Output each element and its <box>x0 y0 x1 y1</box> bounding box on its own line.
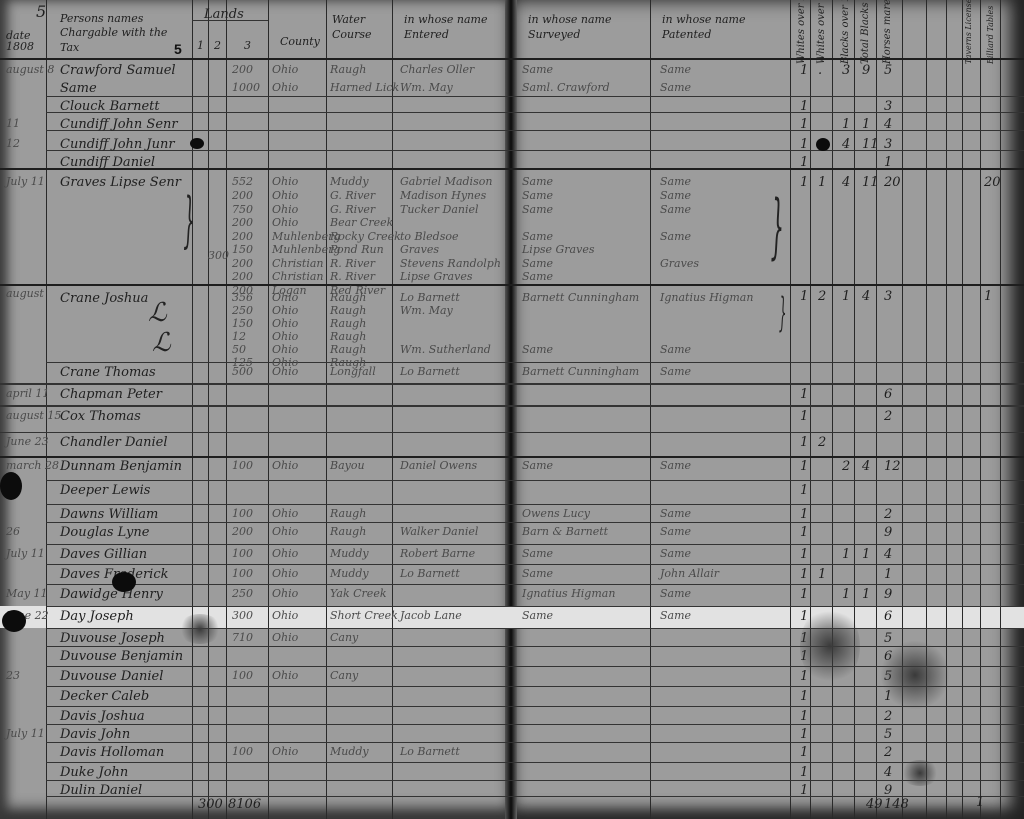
row-horses: 3 <box>884 100 892 113</box>
row-rule <box>46 362 1024 363</box>
row-patented: Same <box>660 588 691 599</box>
graves-entered: Stevens Randolph <box>400 258 501 269</box>
brace-mark: } <box>183 185 194 255</box>
crane-w16: 2 <box>818 290 826 303</box>
row-water-course: Cany <box>330 632 358 643</box>
row-rule <box>46 522 1024 523</box>
row-county: Ohio <box>272 632 298 643</box>
header-entered: in whose name Entered <box>404 12 494 43</box>
row-patented: John Allair <box>660 568 719 579</box>
right-page <box>514 0 1024 819</box>
row-water-course: Raugh <box>330 526 366 537</box>
row-blacks-16: 4 <box>842 176 850 189</box>
graves-water: R. River <box>330 258 375 269</box>
row-name: Dawns William <box>60 508 158 521</box>
row-surveyed: Same <box>522 548 553 559</box>
total-blacks: 49 <box>866 798 883 811</box>
header-lands: Lands <box>204 8 244 21</box>
row-date: 23 <box>6 670 20 681</box>
brace-mark: } <box>771 185 784 267</box>
row-horses: 3 <box>884 138 892 151</box>
row-water-course: Cany <box>330 670 358 681</box>
crane-acres: 250 <box>232 305 253 316</box>
row-name: Cundiff John Junr <box>60 138 175 151</box>
row-whites-16: 2 <box>818 436 826 449</box>
crane-acres: 356 <box>232 292 253 303</box>
total-rate3: 8106 <box>228 798 261 811</box>
row-entered: Gabriel Madison <box>400 176 492 187</box>
row-patented: Same <box>660 460 691 471</box>
row-acres: 552 <box>232 176 253 187</box>
row-rule <box>46 480 1024 481</box>
row-whites-21: 1 <box>800 436 808 449</box>
row-rule <box>46 96 1024 97</box>
row-entered: Charles Oller <box>400 64 474 75</box>
row-whites-16: . <box>818 64 822 77</box>
graves-water: R. River <box>330 271 375 282</box>
row-whites-21: 1 <box>800 766 808 779</box>
row-acres: 100 <box>232 568 253 579</box>
crane-county: Ohio <box>272 292 298 303</box>
row-rule <box>46 646 1024 647</box>
row-rule <box>46 544 1024 545</box>
row-name: Decker Caleb <box>60 690 149 703</box>
column-rule <box>832 0 833 819</box>
row-county: Ohio <box>272 366 298 377</box>
row-whites-21: 1 <box>800 388 808 401</box>
crane-county: Ohio <box>272 331 298 342</box>
graves-county: Christian <box>272 271 324 282</box>
row-county: Ohio <box>272 64 298 75</box>
row-entered: Jacob Lane <box>400 610 462 621</box>
row-patented: Same <box>660 508 691 519</box>
row-entered: Robert Barne <box>400 548 475 559</box>
crane-surveyed: Same <box>522 344 553 355</box>
row-water-course: Short Creek <box>330 610 398 621</box>
row-total-blacks: 1 <box>862 548 870 561</box>
column-rule <box>810 0 811 819</box>
row-horses: 1 <box>884 568 892 581</box>
crane-water: Raugh <box>330 344 366 355</box>
row-whites-21: 1 <box>800 176 808 189</box>
row-date: 26 <box>6 526 20 537</box>
row-surveyed: Owens Lucy <box>522 508 590 519</box>
graves-county: Ohio <box>272 217 298 228</box>
crane-date: august <box>6 288 44 299</box>
row-name: Daves Gillian <box>60 548 147 561</box>
row-entered: Walker Daniel <box>400 526 478 537</box>
row-acres: 100 <box>232 460 253 471</box>
row-whites-16: 1 <box>818 568 826 581</box>
row-county: Ohio <box>272 82 298 93</box>
row-water-course: Raugh <box>330 64 366 75</box>
ink-blot <box>0 472 22 500</box>
row-horses: 20 <box>884 176 901 189</box>
column-rule <box>650 0 651 819</box>
row-horses: 2 <box>884 710 892 723</box>
row-water-course: Muddy <box>330 548 369 559</box>
total-horses: 148 <box>884 798 909 811</box>
row-horses: 9 <box>884 784 892 797</box>
row-whites-21: 1 <box>800 484 808 497</box>
row-rule <box>0 284 1024 286</box>
row-horses: 6 <box>884 610 892 623</box>
graves-entered: Lipse Graves <box>400 271 473 282</box>
row-entered: Lo Barnett <box>400 746 460 757</box>
row-date: march 28 <box>6 460 59 471</box>
graves-surveyed: Same <box>522 258 553 269</box>
row-surveyed: Same <box>522 64 553 75</box>
row-horses: 12 <box>884 460 901 473</box>
row-county: Ohio <box>272 526 298 537</box>
crane-surveyed: Barnett Cunningham <box>522 292 639 303</box>
graves-acres: 200 <box>232 258 253 269</box>
row-county: Ohio <box>272 176 298 187</box>
row-patented: Same <box>660 526 691 537</box>
row-surveyed: Same <box>522 568 553 579</box>
row-surveyed: Barn & Barnett <box>522 526 608 537</box>
header-billiards: Billiard Tables <box>986 6 995 64</box>
total-rate2: 300 <box>198 798 223 811</box>
row-water-course: Muddy <box>330 176 369 187</box>
crane-w21: 1 <box>800 290 808 303</box>
header-surveyed: in whose name Surveyed <box>528 12 648 43</box>
row-acres: 100 <box>232 548 253 559</box>
row-name: Davis John <box>60 728 130 741</box>
crane-water: Raugh <box>330 305 366 316</box>
row-date: 11 <box>6 118 20 129</box>
row-horses: 9 <box>884 588 892 601</box>
row-surveyed: Same <box>522 176 553 187</box>
row-rule <box>46 724 1024 725</box>
graves-county: Christian <box>272 258 324 269</box>
crane-water: Raugh <box>330 292 366 303</box>
row-rule <box>0 456 1024 458</box>
row-acres: 710 <box>232 632 253 643</box>
row-county: Ohio <box>272 588 298 599</box>
row-county: Ohio <box>272 746 298 757</box>
row-entered: Daniel Owens <box>400 460 477 471</box>
column-rule <box>392 0 393 819</box>
column-rule <box>192 0 193 819</box>
row-whites-21: 1 <box>800 156 808 169</box>
row-county: Ohio <box>272 508 298 519</box>
header-rate-3: 3 <box>244 40 251 51</box>
row-name: Day Joseph <box>60 610 134 623</box>
row-acres: 300 <box>232 610 253 621</box>
row-rule <box>46 606 1024 607</box>
row-whites-21: 1 <box>800 526 808 539</box>
crane-county: Ohio <box>272 344 298 355</box>
crane-water: Raugh <box>330 331 366 342</box>
graves-patented: Graves <box>660 258 699 269</box>
total-extra: 1 <box>976 796 984 809</box>
row-whites-21: 1 <box>800 784 808 797</box>
row-rule <box>46 504 1024 505</box>
graves-acres: 150 <box>232 244 253 255</box>
row-blacks-16: 1 <box>842 548 850 561</box>
brace-mark: } <box>779 290 787 336</box>
row-county: Ohio <box>272 548 298 559</box>
header-water-course: Water Course <box>332 12 387 43</box>
row-surveyed: Barnett Cunningham <box>522 366 639 377</box>
crane-water: Raugh <box>330 318 366 329</box>
row-name: Duvouse Daniel <box>60 670 163 683</box>
row-blacks-16: 2 <box>842 460 850 473</box>
row-whites-21: 1 <box>800 710 808 723</box>
graves-surveyed: Same <box>522 271 553 282</box>
row-rule <box>0 405 1024 406</box>
crane-entered: Wm. Sutherland <box>400 344 491 355</box>
row-name: Dunnam Benjamin <box>60 460 182 473</box>
row-name: Duvouse Joseph <box>60 632 165 645</box>
row-blacks-16: 3 <box>842 64 850 77</box>
row-horses: 5 <box>884 632 892 645</box>
row-whites-16: 1 <box>818 176 826 189</box>
row-date: april 11 <box>6 388 49 399</box>
row-name: Davis Joshua <box>60 710 145 723</box>
row-surveyed: Saml. Crawford <box>522 82 610 93</box>
stain <box>800 606 860 686</box>
graves-acres: 750 <box>232 204 253 215</box>
crane-horses: 3 <box>884 290 892 303</box>
crane-patented: Ignatius Higman <box>660 292 753 303</box>
row-rule <box>46 130 1024 131</box>
header-taverns: Taverns Licenses <box>964 0 973 64</box>
row-blacks-16: 4 <box>842 138 850 151</box>
row-entered: Wm. May <box>400 82 453 93</box>
ink-blot <box>190 138 204 149</box>
row-county: Ohio <box>272 460 298 471</box>
graves-surveyed: Same <box>522 231 553 242</box>
row-county: Ohio <box>272 670 298 681</box>
graves-acres: 200 <box>232 217 253 228</box>
brace-mark: ℒ <box>148 298 167 328</box>
row-surveyed: Same <box>522 610 553 621</box>
row-rule <box>46 762 1024 763</box>
graves-water: Bear Creek <box>330 217 393 228</box>
row-date: august 15 <box>6 410 61 421</box>
header-horses: Horses mares &c <box>882 0 893 64</box>
row-horses: 4 <box>884 118 892 131</box>
row-water-course: Longfall <box>330 366 376 377</box>
row-water-course: Muddy <box>330 568 369 579</box>
stain <box>900 760 940 786</box>
graves-surveyed: Lipse Graves <box>522 244 595 255</box>
row-whites-21: 1 <box>800 410 808 423</box>
row-date: May 11 <box>6 588 48 599</box>
row-whites-21: 1 <box>800 728 808 741</box>
row-name: Cundiff Daniel <box>60 156 155 169</box>
crane-entered: Lo Barnett <box>400 292 460 303</box>
brace-mark: ℒ <box>152 328 171 358</box>
graves-water: G. River <box>330 190 375 201</box>
row-name: Chandler Daniel <box>60 436 168 449</box>
row-water-course: Bayou <box>330 460 365 471</box>
graves-entered: Tucker Daniel <box>400 204 479 215</box>
row-name: Crane Thomas <box>60 366 156 379</box>
graves-entered: Madison Hynes <box>400 190 486 201</box>
row-total-blacks: 1 <box>862 118 870 131</box>
row-whites-21: 1 <box>800 118 808 131</box>
column-rule <box>1000 0 1001 819</box>
column-rule <box>946 0 947 819</box>
row-water-course: Raugh <box>330 508 366 519</box>
book-gutter <box>505 0 517 819</box>
row-extra: 20 <box>984 176 1001 189</box>
header-rate-1: 1 <box>197 40 204 51</box>
graves-patented: Same <box>660 190 691 201</box>
graves-patented: Same <box>660 231 691 242</box>
header-county: County <box>280 36 320 47</box>
graves-surveyed: Same <box>522 204 553 215</box>
graves-county: Ohio <box>272 204 298 215</box>
row-name: Chapman Peter <box>60 388 162 401</box>
row-acres: 250 <box>232 588 253 599</box>
row-rule <box>46 564 1024 565</box>
row-rule <box>46 584 1024 585</box>
header-whites-21: Whites over 21 <box>796 0 807 64</box>
ink-blot <box>2 610 26 632</box>
row-acres: 500 <box>232 366 253 377</box>
row-rule <box>46 666 1024 667</box>
row-county: Ohio <box>272 610 298 621</box>
row-acres: 200 <box>232 64 253 75</box>
row-whites-21: 1 <box>800 100 808 113</box>
row-water-course: Muddy <box>330 746 369 757</box>
row-water-course: Harned Lick <box>330 82 399 93</box>
row-county: Ohio <box>272 568 298 579</box>
row-whites-21: 1 <box>800 508 808 521</box>
column-rule <box>854 0 855 819</box>
row-name: Duvouse Benjamin <box>60 650 183 663</box>
row-surveyed: Ignatius Higman <box>522 588 615 599</box>
row-name: Dulin Daniel <box>60 784 142 797</box>
row-patented: Same <box>660 64 691 75</box>
row-horses: 4 <box>884 766 892 779</box>
row-total-blacks: 9 <box>862 64 870 77</box>
row-horses: 5 <box>884 64 892 77</box>
column-rule <box>326 0 327 819</box>
row-whites-21: 1 <box>800 568 808 581</box>
graves-acres: 200 <box>232 231 253 242</box>
row-rule <box>0 406 1024 407</box>
row-name: Cox Thomas <box>60 410 141 423</box>
graves-rate2: 300 <box>208 250 229 261</box>
crane-name: Crane Joshua <box>60 292 148 305</box>
row-total-blacks: 11 <box>862 176 879 189</box>
row-horses: 4 <box>884 548 892 561</box>
row-date: august 8 <box>6 64 54 75</box>
row-date: July 11 <box>6 176 45 187</box>
crane-acres: 150 <box>232 318 253 329</box>
header-whites-16: Whites over 16 <box>816 0 827 64</box>
crane-acres: 12 <box>232 331 246 342</box>
row-name: Same <box>60 82 97 95</box>
page-number-handwritten: 5 <box>36 4 46 20</box>
row-patented: Same <box>660 82 691 93</box>
row-horses: 2 <box>884 410 892 423</box>
column-rule <box>876 0 877 819</box>
crane-county: Ohio <box>272 305 298 316</box>
header-patented: in whose name Patented <box>662 12 782 43</box>
row-date: June 23 <box>6 436 49 447</box>
row-patented: Same <box>660 176 691 187</box>
row-blacks-16: 1 <box>842 588 850 601</box>
row-acres: 100 <box>232 746 253 757</box>
highlighted-row-band <box>0 606 1024 628</box>
row-rule <box>46 686 1024 687</box>
row-whites-21: 1 <box>800 138 808 151</box>
row-whites-21: 1 <box>800 746 808 759</box>
row-whites-21: 1 <box>800 690 808 703</box>
row-rule <box>46 780 1024 781</box>
row-date: July 11 <box>6 548 45 559</box>
header-blacks-16: Blacks over 16 <box>840 0 851 64</box>
row-name: Dawidge Henry <box>60 588 163 601</box>
crane-patented: Same <box>660 344 691 355</box>
column-rule <box>962 0 963 819</box>
crane-b16: 1 <box>842 290 850 303</box>
row-surveyed: Same <box>522 460 553 471</box>
row-date: 12 <box>6 138 20 149</box>
graves-water: G. River <box>330 204 375 215</box>
row-entered: Lo Barnett <box>400 366 460 377</box>
row-whites-21: 1 <box>800 548 808 561</box>
graves-county: Ohio <box>272 190 298 201</box>
row-horses: 2 <box>884 746 892 759</box>
crane-tb: 4 <box>862 290 870 303</box>
row-whites-21: 1 <box>800 64 808 77</box>
row-patented: Same <box>660 610 691 621</box>
stain <box>880 640 950 710</box>
row-rule <box>46 112 1024 113</box>
row-name: Crawford Samuel <box>60 64 176 77</box>
row-water-course: Yak Creek <box>330 588 387 599</box>
ink-blot <box>816 138 830 151</box>
row-whites-21: 1 <box>800 588 808 601</box>
row-horses: 6 <box>884 388 892 401</box>
column-rule <box>208 0 209 819</box>
row-patented: Same <box>660 548 691 559</box>
graves-acres: 200 <box>232 271 253 282</box>
row-name: Duke John <box>60 766 128 779</box>
header-total-blacks: Total Blacks <box>860 2 871 64</box>
row-name: Cundiff John Senr <box>60 118 178 131</box>
row-acres: 100 <box>232 670 253 681</box>
row-acres: 200 <box>232 526 253 537</box>
row-name: Graves Lipse Senr <box>60 176 181 189</box>
header-persons: Persons names Chargable with the Tax <box>60 12 180 55</box>
crane-extra: 1 <box>984 290 992 303</box>
row-horses: 1 <box>884 156 892 169</box>
row-total-blacks: 4 <box>862 460 870 473</box>
graves-water: Rocky Creek <box>330 231 401 242</box>
row-entered: Lo Barnett <box>400 568 460 579</box>
ink-blot <box>112 572 136 592</box>
crane-entered: Wm. May <box>400 305 453 316</box>
row-rule <box>46 742 1024 743</box>
row-horses: 5 <box>884 728 892 741</box>
row-patented: Same <box>660 366 691 377</box>
row-blacks-16: 1 <box>842 118 850 131</box>
row-rule <box>0 383 1024 384</box>
graves-entered: Graves <box>400 244 439 255</box>
row-name: Clouck Barnett <box>60 100 160 113</box>
stain <box>178 614 222 644</box>
column-rule <box>268 0 269 819</box>
row-rule <box>46 706 1024 707</box>
